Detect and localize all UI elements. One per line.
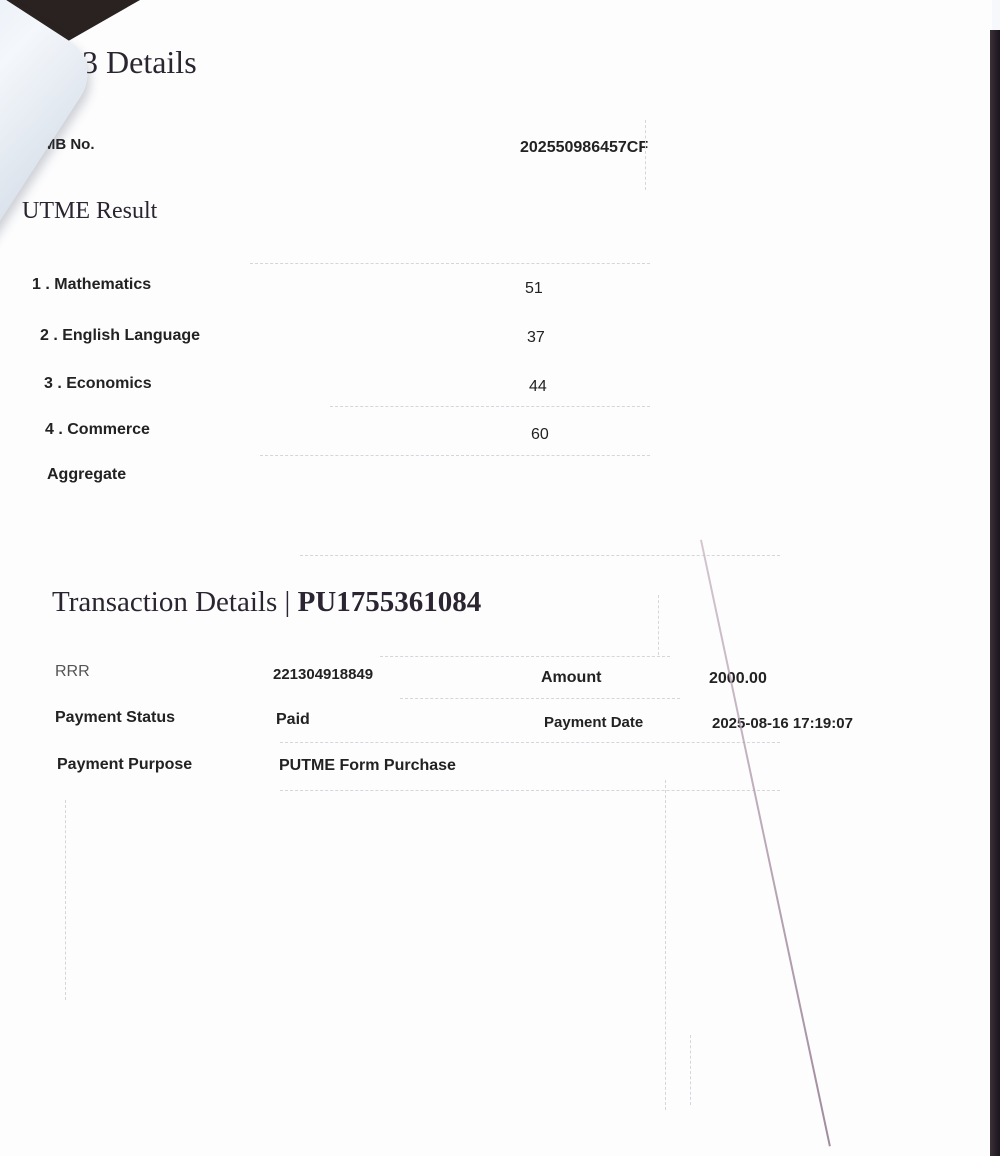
transaction-details-heading: Transaction Details | PU1755361084 bbox=[52, 586, 481, 619]
subject-score: 37 bbox=[527, 329, 545, 347]
table-rule bbox=[645, 120, 646, 190]
table-rule bbox=[690, 1035, 691, 1105]
subject-label: 4 . Commerce bbox=[45, 421, 150, 439]
table-rule bbox=[280, 790, 780, 791]
subject-score: 44 bbox=[529, 378, 547, 396]
table-rule bbox=[400, 698, 680, 699]
table-rule bbox=[380, 656, 670, 657]
amount-value: 2000.00 bbox=[709, 670, 767, 688]
table-rule bbox=[250, 263, 650, 264]
paper-crease bbox=[700, 540, 831, 1147]
rrr-value: 221304918849 bbox=[273, 666, 373, 683]
table-rule bbox=[330, 406, 650, 407]
payment-purpose-label: Payment Purpose bbox=[57, 756, 192, 774]
jamb-no-value: 202550986457CF bbox=[520, 139, 648, 157]
table-rule bbox=[665, 780, 666, 1110]
table-rule bbox=[260, 455, 650, 456]
table-rule bbox=[65, 800, 66, 1000]
jamb-details-heading: 3 Details bbox=[82, 44, 197, 81]
table-rule bbox=[300, 555, 780, 556]
subject-score: 60 bbox=[531, 426, 549, 444]
table-rule bbox=[280, 742, 780, 743]
transaction-title-text: Transaction Details | bbox=[52, 586, 290, 618]
payment-date-value: 2025-08-16 17:19:07 bbox=[712, 715, 853, 732]
background-edge bbox=[990, 30, 1000, 1156]
printed-document: 3 Details AMB No. 202550986457CF UTME Re… bbox=[0, 0, 992, 1156]
utme-result-heading: UTME Result bbox=[22, 198, 157, 225]
payment-date-label: Payment Date bbox=[544, 714, 643, 731]
payment-purpose-value: PUTME Form Purchase bbox=[279, 757, 456, 775]
subject-label: 3 . Economics bbox=[44, 375, 152, 393]
payment-status-label: Payment Status bbox=[55, 709, 175, 727]
rrr-label: RRR bbox=[55, 663, 90, 681]
transaction-id: PU1755361084 bbox=[298, 586, 482, 618]
subject-label: 1 . Mathematics bbox=[32, 276, 151, 294]
aggregate-label: Aggregate bbox=[47, 466, 126, 484]
table-rule bbox=[658, 595, 659, 655]
payment-status-value: Paid bbox=[276, 711, 310, 729]
amount-label: Amount bbox=[541, 669, 601, 687]
subject-score: 51 bbox=[525, 280, 543, 298]
subject-label: 2 . English Language bbox=[40, 327, 200, 345]
